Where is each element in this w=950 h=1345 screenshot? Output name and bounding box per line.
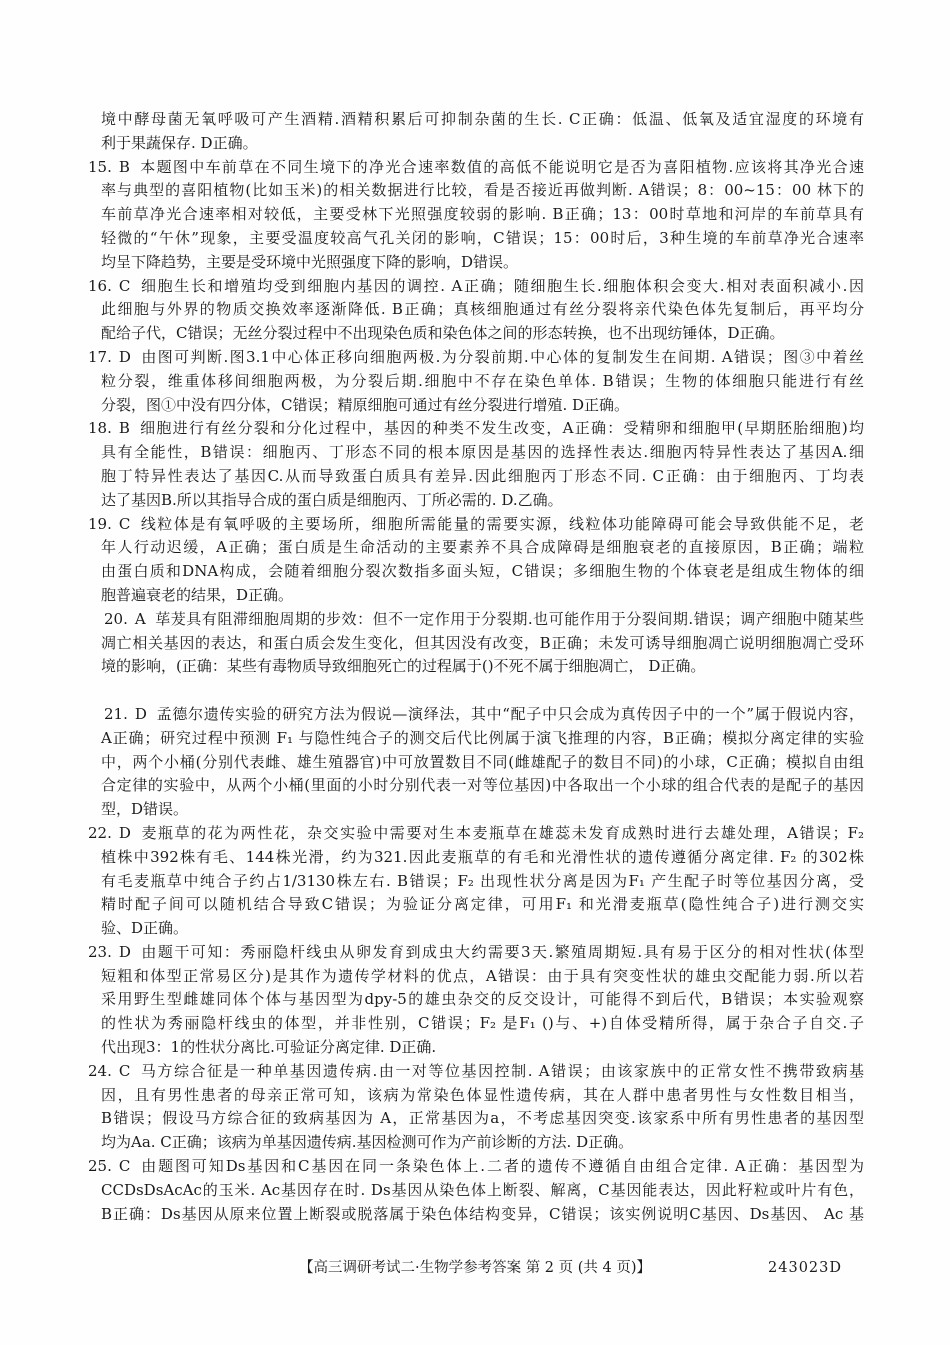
question-number: 17. [88, 348, 112, 366]
question-number: 15. [88, 158, 112, 176]
question-number: 20. [104, 610, 128, 628]
text-line: 凋亡相关基因的表达，和蛋白质会发生变化，但其因没有改变，B正确；未发可诱导细胞凋… [88, 632, 864, 656]
answer-letter: A [135, 610, 146, 628]
text-line: 分裂，图①中没有四分体，C错误；精原细胞可通过有丝分裂进行增殖. D正确。 [88, 394, 864, 418]
line-text: 本题图中车前草在不同生境下的净光合速率数值的高低不能说明它是否为喜阳植物.应该将… [139, 158, 864, 176]
text-line: B错误；假设马方综合征的致病基因为 A，正常基因为a，不考虑基因突变.该家系中所… [88, 1107, 864, 1131]
text-line: 均为Aa. C正确；该病为单基因遗传病.基因检测可作为产前诊断的方法. D正确。 [88, 1131, 864, 1155]
answer-letter: D [119, 943, 131, 961]
text-line: 21.D孟德尔遗传实验的研究方法为假说—演绎法，其中“配子中只会成为真传因子中的… [88, 703, 864, 727]
text-line: 18.B细胞进行有丝分裂和分化过程中，基因的种类不发生改变，A正确：受精卵和细胞… [88, 417, 864, 441]
text-line: 25.C由题图可知Ds基因和C基因在同一条染色体上.二者的遗传不遵循自由组合定律… [88, 1155, 864, 1179]
answer-item-15: 15.B本题图中车前草在不同生境下的净光合速率数值的高低不能说明它是否为喜阳植物… [88, 156, 864, 275]
line-text: 线粒体是有氧呼吸的主要场所，细胞所需能量的需要实源，线粒体功能障碍可能会导致供能… [139, 515, 864, 533]
answer-letter: C [119, 1062, 130, 1080]
text-line: 采用野生型雌雄同体个体与基因型为dpy-5的雄虫杂交的反交设计，可能得不到后代，… [88, 988, 864, 1012]
answer-item-18: 18.B细胞进行有丝分裂和分化过程中，基因的种类不发生改变，A正确：受精卵和细胞… [88, 417, 864, 512]
question-number: 22. [88, 824, 112, 842]
text-line: 23.D由题干可知：秀丽隐杆线虫从卵发育到成虫大约需要3天.繁殖周期短.具有易于… [88, 941, 864, 965]
answer-item-25: 25.C由题图可知Ds基因和C基因在同一条染色体上.二者的遗传不遵循自由组合定律… [88, 1155, 864, 1226]
answer-item-16: 16.C细胞生长和增殖均受到细胞内基因的调控. A正确；随细胞生长.细胞体积会变… [88, 275, 864, 346]
line-text: 由题图可知Ds基因和C基因在同一条染色体上.二者的遗传不遵循自由组合定律. A正… [139, 1157, 864, 1175]
text-line: 年人行动迟缓，A正确；蛋白质是生命活动的主要素养不具合成障碍是细胞衰老的直接原因… [88, 536, 864, 560]
text-line: 境的影响，(正确：某些有毒物质导致细胞死亡的过程属于()不死不属于细胞凋亡， D… [88, 655, 864, 679]
text-line: 利于果蔬保存. D正确。 [88, 132, 864, 156]
text-line: 均呈下降趋势，主要是受环境中光照强度下降的影响，D错误。 [88, 251, 864, 275]
text-line: 的性状为秀丽隐杆线虫的体型，并非性别，C错误；F₂ 是F₁ ()与、+)自体受精… [88, 1012, 864, 1036]
answer-item-22: 22.D麦瓶草的花为两性花，杂交实验中需要对生本麦瓶草在雄蕊未发育成熟时进行去雄… [88, 822, 864, 941]
question-number: 25. [88, 1157, 112, 1175]
page-footer: 【高三调研考试二·生物学参考答案 第 2 页 (共 4 页)】 243023D [0, 1256, 950, 1280]
answer-letter: D [119, 824, 131, 842]
text-line: 植株中392株有毛、144株光滑，约为321.因此麦瓶草的有毛和光滑性状的遗传遵… [88, 846, 864, 870]
text-line: 20.A荜茇具有阻滞细胞周期的步效：但不一定作用于分裂期.也可能作用于分裂间期.… [88, 608, 864, 632]
answer-item-17: 17.D由图可判断.图3.1中心体正移向细胞两极.为分裂前期.中心体的复制发生在… [88, 346, 864, 417]
line-text: 荜茇具有阻滞细胞周期的步效：但不一定作用于分裂期.也可能作用于分裂间期.错误；调… [155, 610, 864, 628]
text-line: 代出现3：1的性状分离比.可验证分离定律. D正确. [88, 1036, 864, 1060]
text-line: 型，D错误。 [88, 798, 864, 822]
text-line: A正确；研究过程中预测 F₁ 与隐性纯合子的测交后代比例属于演飞推理的内容，B正… [88, 727, 864, 751]
text-line: 精时配子间可以随机结合导致C错误；为验证分离定律，可用F₁ 和光滑麦瓶草(隐性纯… [88, 893, 864, 917]
text-line: 24.C马方综合征是一种单基因遗传病.由一对等位基因控制. A错误；由该家族中的… [88, 1060, 864, 1084]
answer-letter: D [119, 348, 131, 366]
text-line: 中，两个小桶(分别代表雌、雄生殖器官)中可放置数目不同(雌雄配子的数目不同)的小… [88, 751, 864, 775]
text-line: 车前草净光合速率相对较低，主要受林下光照强度较弱的影响. B正确；13：00时草… [88, 203, 864, 227]
answer-letter: C [119, 277, 130, 295]
answer-item-20: 20.A荜茇具有阻滞细胞周期的步效：但不一定作用于分裂期.也可能作用于分裂间期.… [88, 608, 864, 679]
line-text: 由题干可知：秀丽隐杆线虫从卵发育到成虫大约需要3天.繁殖周期短.具有易于区分的相… [140, 943, 864, 961]
answer-letter: B [119, 419, 130, 437]
line-text: 马方综合征是一种单基因遗传病.由一对等位基因控制. A错误；由该家族中的正常女性… [139, 1062, 864, 1080]
text-line: 粒分裂，维重体移间细胞两极，为分裂后期.细胞中不存在染色单体. B错误；生物的体… [88, 370, 864, 394]
text-line: 短粗和体型正常易区分)是其作为遗传学材料的优点，A错误：由于具有突变性状的雄虫交… [88, 965, 864, 989]
question-number: 19. [88, 515, 112, 533]
answer-text-block: 境中酵母菌无氧呼吸可产生酒精.酒精积累后可抑制杂菌的生长. C正确：低温、低氧及… [88, 108, 864, 1226]
blank-line [88, 679, 864, 703]
text-line: 境中酵母菌无氧呼吸可产生酒精.酒精积累后可抑制杂菌的生长. C正确：低温、低氧及… [88, 108, 864, 132]
question-number: 23. [88, 943, 112, 961]
text-line: 具有全能性，B错误：细胞丙、丁形态不同的根本原因是基因的选择性表达.细胞丙特异性… [88, 441, 864, 465]
text-line: 19.C线粒体是有氧呼吸的主要场所，细胞所需能量的需要实源，线粒体功能障碍可能会… [88, 513, 864, 537]
text-line: 此细胞与外界的物质交换效率逐渐降低. B正确；真核细胞通过有丝分裂将亲代染色体先… [88, 298, 864, 322]
text-line: 有毛麦瓶草中纯合子约占1/3130株左右. B错误；F₂ 出现性状分离是因为F₁… [88, 870, 864, 894]
text-line: 率与典型的喜阳植物(比如玉米)的相关数据进行比较，看是否接近再做判断. A错误；… [88, 179, 864, 203]
answer-item-23: 23.D由题干可知：秀丽隐杆线虫从卵发育到成虫大约需要3天.繁殖周期短.具有易于… [88, 941, 864, 1060]
line-text: 孟德尔遗传实验的研究方法为假说—演绎法，其中“配子中只会成为真传因子中的一个”属… [156, 705, 864, 723]
line-text: 细胞生长和增殖均受到细胞内基因的调控. A正确；随细胞生长.细胞体积会变大.相对… [139, 277, 864, 295]
answer-item-19: 19.C线粒体是有氧呼吸的主要场所，细胞所需能量的需要实源，线粒体功能障碍可能会… [88, 513, 864, 608]
text-line: 轻微的“午休”现象，主要受温度较高气孔关闭的影响，C错误；15：00时后，3种生… [88, 227, 864, 251]
paper-code: 243023D [768, 1256, 842, 1280]
text-line: CCDsDsAcAc的玉米. Ac基因存在时. Ds基因从染色体上断裂、解离，C… [88, 1179, 864, 1203]
text-line: 16.C细胞生长和增殖均受到细胞内基因的调控. A正确；随细胞生长.细胞体积会变… [88, 275, 864, 299]
line-text: 由图可判断.图3.1中心体正移向细胞两极.为分裂前期.中心体的复制发生在间期. … [140, 348, 864, 366]
text-line: 胞普遍衰老的结果，D正确。 [88, 584, 864, 608]
question-number: 24. [88, 1062, 112, 1080]
line-text: 细胞进行有丝分裂和分化过程中，基因的种类不发生改变，A正确：受精卵和细胞甲(早期… [139, 419, 864, 437]
text-line: 15.B本题图中车前草在不同生境下的净光合速率数值的高低不能说明它是否为喜阳植物… [88, 156, 864, 180]
text-line: 合定律的实验中，从两个小桶(里面的小时分别代表一对等位基因)中各取出一个小球的组… [88, 774, 864, 798]
text-line: B正确：Ds基因从原来位置上断裂或脱落属于染色体结构变异，C错误；该实例说明C基… [88, 1203, 864, 1227]
text-line: 因，且有男性患者的母亲正常可知，该病为常染色体显性遗传病，其在人群中患者男性与女… [88, 1084, 864, 1108]
text-line: 胞丁特异性表达了基因C.从而导致蛋白质具有差异.因此细胞丙丁形态不同. C正确：… [88, 465, 864, 489]
answer-letter: C [119, 515, 130, 533]
question-number: 18. [88, 419, 112, 437]
scanned-answer-page: 境中酵母菌无氧呼吸可产生酒精.酒精积累后可抑制杂菌的生长. C正确：低温、低氧及… [0, 0, 950, 1345]
text-line: 达了基因B.所以其指导合成的蛋白质是细胞丙、丁所必需的. D.乙确。 [88, 489, 864, 513]
text-line: 17.D由图可判断.图3.1中心体正移向细胞两极.为分裂前期.中心体的复制发生在… [88, 346, 864, 370]
text-line: 验、D正确。 [88, 917, 864, 941]
line-text: 麦瓶草的花为两性花，杂交实验中需要对生本麦瓶草在雄蕊未发育成熟时进行去雄处理，A… [140, 824, 864, 842]
answer-item-24: 24.C马方综合征是一种单基因遗传病.由一对等位基因控制. A错误；由该家族中的… [88, 1060, 864, 1155]
text-line: 配给子代，C错误；无丝分裂过程中不出现染色质和染色体之间的形态转换，也不出现纺锤… [88, 322, 864, 346]
question-number: 21. [104, 705, 128, 723]
text-line: 22.D麦瓶草的花为两性花，杂交实验中需要对生本麦瓶草在雄蕊未发育成熟时进行去雄… [88, 822, 864, 846]
answer-item-21: 21.D孟德尔遗传实验的研究方法为假说—演绎法，其中“配子中只会成为真传因子中的… [88, 703, 864, 822]
answer-letter: C [119, 1157, 130, 1175]
answer-letter: B [119, 158, 130, 176]
text-line: 由蛋白质和DNA构成，会随着细胞分裂次数指多面头短，C错误；多细胞生物的个体衰老… [88, 560, 864, 584]
question-number: 16. [88, 277, 112, 295]
answer-letter: D [135, 705, 147, 723]
